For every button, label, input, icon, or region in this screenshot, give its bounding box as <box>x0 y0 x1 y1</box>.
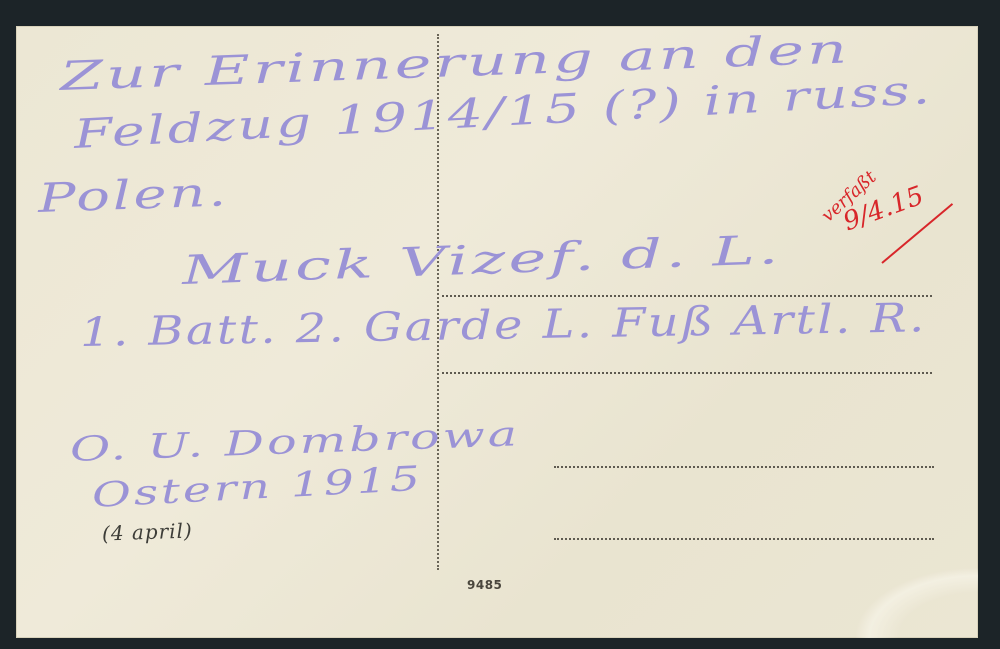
address-line-4 <box>554 538 934 540</box>
address-line-3 <box>554 466 934 468</box>
address-line-2 <box>442 372 932 374</box>
message-line-5: 1. Batt. 2. Garde L. Fuß Artl. R. <box>80 295 927 356</box>
pencil-note: (4 april) <box>102 518 194 545</box>
printer-number: 9485 <box>467 578 502 592</box>
message-line-4: Muck Vizef. d. L. <box>181 227 782 294</box>
message-line-3: Polen. <box>37 169 229 222</box>
postcard-back: Zur Erinnerung an den Feldzug 1914/15 (?… <box>16 26 978 638</box>
message-line-6: O. U. Dombrowa <box>69 414 520 470</box>
